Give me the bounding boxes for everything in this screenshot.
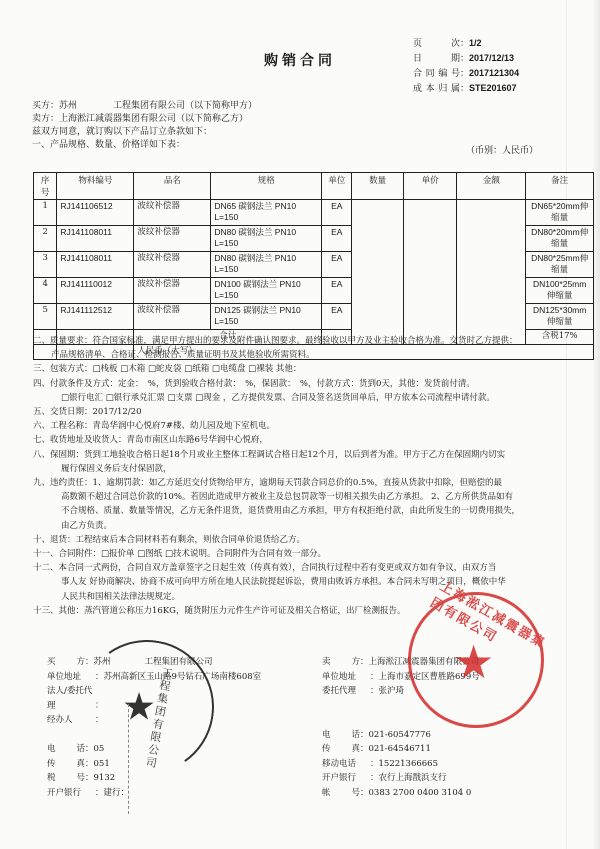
scan-page-edge (592, 0, 600, 849)
table-row: 4RJ141110012波纹补偿器DN100 碳钢法兰 PN10 L=150EA… (34, 278, 594, 304)
col-no: 序号 (34, 173, 57, 200)
col-name: 品名 (134, 173, 211, 200)
row-unit: EA (322, 304, 352, 330)
buyer-signature-block: 买方：苏州 工程集团有限公司单位地址：苏州高新区玉山路9号钻石广场南楼608室法… (47, 655, 261, 800)
buyer-field-label: 买方 (47, 655, 85, 670)
seller-field-value: 农行上海戬浜支行 (379, 773, 447, 783)
seller-field-label: 移动电话 (322, 757, 370, 772)
row-amount (457, 200, 526, 226)
row-price (403, 200, 457, 226)
seller-field-label: 帐号 (322, 786, 360, 801)
row-code: RJ141108011 (57, 252, 134, 278)
seller-field-label: 卖方 (322, 655, 360, 670)
buyer-field: 电话：05 (47, 742, 261, 757)
clause-line: 二、质量要求：符合国家标准，满足甲方提出的要求及附件确认图要求。最终验收以甲方及… (33, 334, 593, 348)
row-note: DN100*25mm伸缩量 (526, 278, 594, 304)
row-name: 波纹补偿器 (134, 304, 211, 330)
clause-line: 产品规格清单、合格证、检测报告、质量证明书及其他验收所需资料。 (33, 348, 593, 362)
row-no: 2 (34, 226, 57, 252)
row-code: RJ141112512 (57, 304, 134, 330)
clause-line: 十一、合同附件：□报价单 □图纸 □技术说明。合同附件为合同有效一部分。 (33, 547, 593, 561)
seller-field-value: 张沪琦 (379, 686, 405, 696)
clause-line: 九、违约责任：1、逾期罚款：如乙方延迟交付货物给甲方，逾期每天罚款合同总价的0.… (33, 476, 593, 490)
row-qty (352, 252, 403, 278)
contract-clauses: 二、质量要求：符合国家标准，满足甲方提出的要求及附件确认图要求。最终验收以甲方及… (33, 334, 593, 618)
buyer-field-label: 传真 (47, 757, 85, 772)
row-amount (457, 252, 526, 278)
row-no: 3 (34, 252, 57, 278)
meta-page: 页次：1/2 (413, 36, 519, 51)
col-qty: 数量 (352, 173, 403, 200)
buyer-field: 经办人： (47, 713, 261, 728)
col-note: 备注 (526, 173, 594, 200)
row-name: 波纹补偿器 (134, 226, 211, 252)
row-spec: DN125 碳钢法兰 PN10 L=150 (211, 304, 322, 330)
col-spec: 规格 (211, 173, 322, 200)
table-row: 5RJ141112512波纹补偿器DN125 碳钢法兰 PN10 L=150EA… (34, 304, 594, 330)
row-price (403, 278, 457, 304)
row-unit: EA (322, 278, 352, 304)
contract-intro: 买方：苏州 工程集团有限公司（以下简称甲方） 卖方：上海淞江减震器集团有限公司（… (32, 100, 257, 152)
items-table: 序号 物料编号 品名 规格 单位 数量 单价 金额 备注 1RJ14110651… (33, 172, 594, 360)
clause-line: 高数额不超过合同总价款的10%。若因此造成甲方被业主及总包罚款等一切相关损失由乙… (33, 490, 593, 504)
clause-line: 十、退货：工程结束后本合同材料若有剩余，则依合同单价退货给乙方。 (33, 533, 593, 547)
clause-line: 十二、本合同一式两份，合同自双方盖章签字之日起生效（传真有效），合同执行过程中若… (33, 561, 593, 575)
buyer-line: 买方：苏州 工程集团有限公司（以下简称甲方） (32, 100, 257, 113)
buyer-field (47, 728, 261, 743)
seller-field-label: 开户银行 (322, 771, 370, 786)
clause-line: □银行电汇 □银行承兑汇票 □支票 □现金 ，乙方提供发票、合同及签名送货回单后… (33, 391, 593, 405)
row-price (403, 304, 457, 330)
row-name: 波纹补偿器 (134, 200, 211, 226)
seal-star-icon: ★ (453, 635, 494, 689)
buyer-field: 传真：051 (47, 757, 261, 772)
row-note: DN125*30mm伸缩量 (526, 304, 594, 330)
col-amount: 金额 (457, 173, 526, 200)
buyer-field-value: 苏州高新区玉山路9号钻石广场南楼608室 (104, 672, 262, 682)
clause-line: 不合规格、质量、数量等情况，乙方无条件退货，退货费用由乙方承担，甲方有权拒绝付款… (33, 504, 593, 518)
row-qty (352, 226, 403, 252)
buyer-field-label: 电话 (47, 742, 85, 757)
col-code: 物料编号 (57, 173, 134, 200)
seller-line: 卖方：上海淞江减震器集团有限公司（以下简称乙方） (32, 113, 257, 126)
row-spec: DN65 碳钢法兰 PN10 L=150 (211, 200, 322, 226)
row-amount (457, 304, 526, 330)
buyer-field-value: 9132 (94, 773, 116, 783)
buyer-field: 开户银行：建行： (47, 786, 261, 801)
row-name: 波纹补偿器 (134, 252, 211, 278)
table-row: 1RJ141106512波纹补偿器DN65 碳钢法兰 PN10 L=150EAD… (34, 200, 594, 226)
buyer-field: 单位地址：苏州高新区玉山路9号钻石广场南楼608室 (47, 670, 261, 685)
buyer-field-value: 苏州 工程集团有限公司 (94, 657, 213, 667)
row-spec: DN80 碳钢法兰 PN10 L=150 (211, 252, 322, 278)
clause-line: 五、交货日期：2017/12/20 (33, 405, 593, 419)
clause-line: 三、包装方式：□栈板 □木箱 □蛇皮袋 □纸箱 □电缆盘 □裸装 其他： (33, 362, 593, 376)
col-price: 单价 (403, 173, 457, 200)
buyer-field-label: 开户银行 (47, 786, 95, 801)
row-name: 波纹补偿器 (134, 278, 211, 304)
meta-date: 日期：2017/12/13 (413, 51, 519, 66)
seller-field-label: 电话 (322, 728, 360, 743)
buyer-field-value: 051 (94, 759, 110, 769)
clause-line: 七、收货地址及收货人：青岛市南区山东路6号华润中心悦府， (33, 433, 593, 447)
row-unit: EA (322, 226, 352, 252)
row-amount (457, 226, 526, 252)
table-header-row: 序号 物料编号 品名 规格 单位 数量 单价 金额 备注 (34, 173, 594, 200)
buyer-field: 法人/委托代理： (47, 684, 261, 699)
row-code: RJ141108011 (57, 226, 134, 252)
clause-line: 八、保固期：货到工地验收合格日起18个月或业主整体工程调试合格日起12个月，以后… (33, 448, 593, 462)
row-spec: DN80 碳钢法兰 PN10 L=150 (211, 226, 322, 252)
row-qty (352, 278, 403, 304)
row-code: RJ141110012 (57, 278, 134, 304)
row-note: DN80*25mm伸缩量 (526, 252, 594, 278)
buyer-field-label: 法人/委托代理 (47, 684, 95, 713)
row-spec: DN100 碳钢法兰 PN10 L=150 (211, 278, 322, 304)
meta-contract-no: 合同编号：2017121304 (413, 66, 519, 81)
row-note: DN80*20mm伸缩量 (526, 226, 594, 252)
clause-line: 六、工程名称：青岛华润中心悦府7#楼、幼儿园及地下室机电。 (33, 419, 593, 433)
clause-line: 事人友 好协商解决、协商不成可向甲方所在地人民法院提起诉讼，费用由败诉方承担。本… (33, 575, 593, 589)
buyer-field-label: 经办人 (47, 713, 95, 728)
row-qty (352, 200, 403, 226)
clause-line: 四、付款条件及方式：定金： %，货到验收合格付款： %，保固款： %，付款方式：… (33, 377, 593, 391)
buyer-field: 税号：9132 (47, 771, 261, 786)
row-unit: EA (322, 252, 352, 278)
seller-field: 传真：021-64546711 (322, 742, 480, 757)
row-amount (457, 278, 526, 304)
seller-company-seal: 上海淞江减震器集团有限公司 ★ (408, 592, 544, 728)
seller-field-label: 委托代理 (322, 684, 370, 699)
contract-meta: 页次：1/2 日期：2017/12/13 合同编号：2017121304 成本归… (413, 36, 519, 96)
seller-field: 开户银行：农行上海戬浜支行 (322, 771, 480, 786)
seller-field: 移动电话：15221366665 (322, 757, 480, 772)
currency-note: （币别：人民币） (466, 143, 538, 156)
meta-cost-center: 成本归属：STE201607 (413, 81, 519, 96)
row-price (403, 252, 457, 278)
row-no: 5 (34, 304, 57, 330)
buyer-field-value: 05 (94, 744, 105, 754)
section1-line: 一、产品规格、数量、价格详如下表： (32, 139, 257, 152)
seller-field: 电话：021-60547776 (322, 728, 480, 743)
row-price (403, 226, 457, 252)
seller-field-value: 0383 2700 0400 3104 0 (369, 788, 472, 798)
row-qty (352, 304, 403, 330)
buyer-field-value: 建行： (104, 788, 130, 798)
buyer-field-label: 税号 (47, 771, 85, 786)
clause-line: 履行保固义务后支付保固款， (33, 462, 593, 476)
seller-field-value: 021-64546711 (369, 744, 431, 754)
row-unit: EA (322, 200, 352, 226)
seller-field: 帐号：0383 2700 0400 3104 0 (322, 786, 480, 801)
agreement-line: 兹双方同意，就订购以下产品订立条款如下： (32, 126, 257, 139)
seller-field-value: 021-60547776 (369, 730, 431, 740)
row-code: RJ141106512 (57, 200, 134, 226)
seller-field-value: 15221366665 (379, 759, 439, 769)
row-no: 4 (34, 278, 57, 304)
buyer-field: 买方：苏州 工程集团有限公司 (47, 655, 261, 670)
table-row: 2RJ141108011波纹补偿器DN80 碳钢法兰 PN10 L=150EAD… (34, 226, 594, 252)
table-row: 3RJ141108011波纹补偿器DN80 碳钢法兰 PN10 L=150EAD… (34, 252, 594, 278)
row-no: 1 (34, 200, 57, 226)
seller-field-label: 传真 (322, 742, 360, 757)
buyer-field-label: 单位地址 (47, 670, 95, 685)
clause-line: 由乙方负责。 (33, 519, 593, 533)
row-note: DN65*20mm伸缩量 (526, 200, 594, 226)
seller-field-label: 单位地址 (322, 670, 370, 685)
col-unit: 单位 (322, 173, 352, 200)
